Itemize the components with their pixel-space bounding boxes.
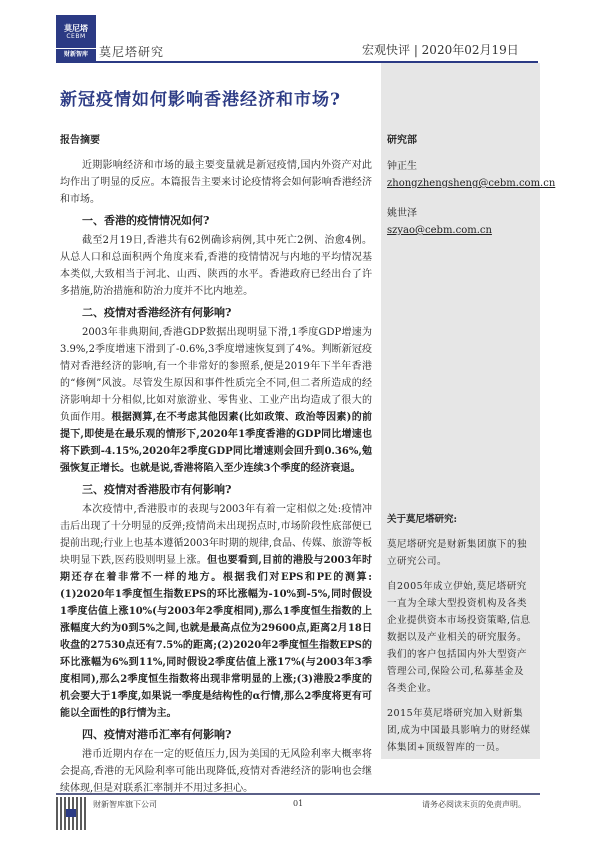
section-2-heading: 二、疫情对香港经济有何影响?	[82, 304, 372, 322]
section-1-text: 截至2月19日,香港共有62例确诊病例,其中死亡2例、治愈4例。从总人口和总面积…	[60, 232, 372, 300]
footer-company: 财新智库旗下公司	[93, 799, 157, 810]
analyst-1-email-link[interactable]: zhongzhengsheng@cebm.com.cn	[387, 178, 555, 189]
qr-logo-icon	[66, 809, 76, 817]
analyst-1: 钟正生 zhongzhengsheng@cebm.com.cn	[387, 158, 535, 192]
page-number: 01	[293, 799, 303, 808]
logo-en-text: CEBM	[66, 33, 85, 40]
footer-divider	[56, 793, 540, 795]
section-3-text: 本次疫情中,香港股市的表现与2003年有着一定相似之处:疫情冲击后出现了十分明显…	[60, 501, 372, 722]
section-2-plain: 2003年非典期间,香港GDP数据出现明显下滑,1季度GDP增速为3.9%,2季…	[60, 327, 372, 423]
about-cebm: 关于莫尼塔研究: 莫尼塔研究是财新集团旗下的独立研究公司。 自2005年成立伊始…	[381, 505, 540, 770]
report-title: 新冠疫情如何影响香港经济和市场?	[60, 85, 341, 110]
section-4-text: 港币近期内存在一定的贬值压力,因为美国的无风险利率大概率将会提高,香港的无风险利…	[60, 746, 372, 797]
section-4-heading: 四、疫情对港币汇率有何影响?	[82, 726, 372, 744]
analyst-2-email-link[interactable]: szyao@cebm.com.cn	[387, 225, 492, 236]
dept-label: 研究部	[387, 132, 535, 149]
section-1-heading: 一、香港的疫情情况如何?	[82, 212, 372, 230]
about-heading: 关于莫尼塔研究:	[387, 511, 534, 528]
section-2-text: 2003年非典期间,香港GDP数据出现明显下滑,1季度GDP增速为3.9%,2季…	[60, 324, 372, 477]
brand-name: 莫尼塔研究	[99, 43, 164, 60]
section-3-heading: 三、疫情对香港股市有何影响?	[82, 481, 372, 499]
report-body: 报告摘要 近期影响经济和市场的最主要变量就是新冠疫情,国内外资产对此均作出了明显…	[60, 132, 372, 797]
analyst-2-name: 姚世泽	[387, 205, 535, 222]
research-dept: 研究部	[387, 132, 535, 149]
doc-type-date: 宏观快评 | 2020年02月19日	[362, 41, 519, 58]
logo-sub-text: 财新智库	[56, 48, 96, 61]
analyst-2: 姚世泽 szyao@cebm.com.cn	[387, 205, 535, 239]
summary-heading: 报告摘要	[60, 132, 372, 149]
about-paragraph-3: 2015年莫尼塔研究加入财新集团,成为中国最具影响力的财经媒体集团+顶级智库的一…	[387, 705, 534, 756]
about-paragraph-2: 自2005年成立伊始,莫尼塔研究一直为全球大型投资机构及各类企业提供资本市场投资…	[387, 578, 534, 697]
analyst-1-name: 钟正生	[387, 158, 535, 175]
cebm-logo: 莫尼塔 CEBM 财新智库	[56, 15, 96, 60]
about-paragraph-1: 莫尼塔研究是财新集团旗下的独立研究公司。	[387, 536, 534, 570]
summary-intro: 近期影响经济和市场的最主要变量就是新冠疫情,国内外资产对此均作出了明显的反应。本…	[60, 157, 372, 208]
section-3-bold: 但也要看到,目前的港股与2003年时期还存在着非常不一样的地方。根据我们对EPS…	[60, 555, 372, 719]
disclaimer-note: 请务必阅读末页的免责声明。	[422, 799, 526, 810]
logo-cn-text: 莫尼塔	[64, 24, 88, 33]
